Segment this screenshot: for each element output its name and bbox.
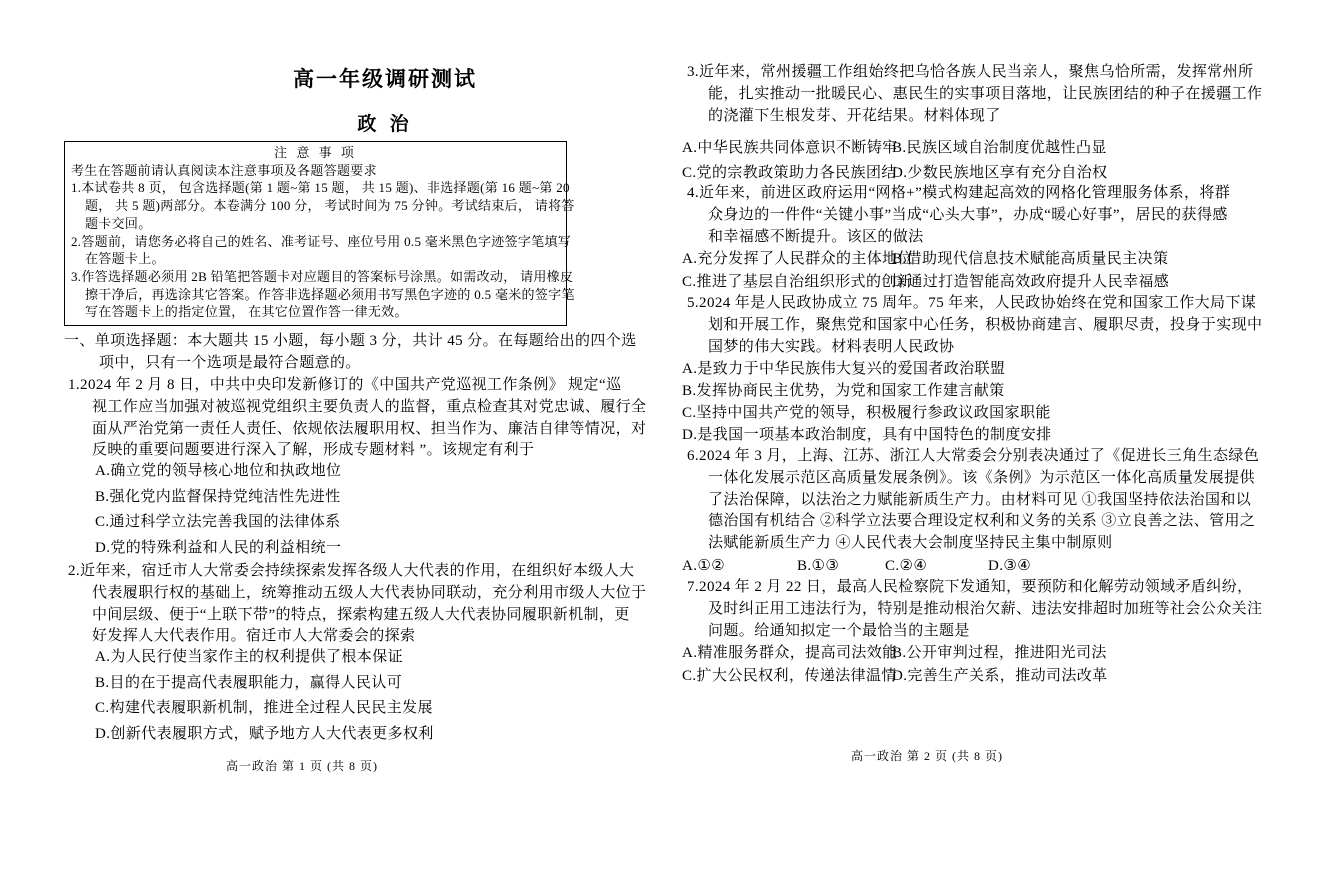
option-row: C.推进了基层自治组织形式的创新D.通过打造智能高效政府提升人民幸福感 [682,271,1266,294]
section-header-line: 一、单项选择题：本大题共 15 小题，每小题 3 分，共计 45 分。在每题给出… [64,331,660,353]
question-6-options: A.①②B.①③C.②④D.③④ [680,555,1266,578]
option-row: A.①②B.①③C.②④D.③④ [682,555,1266,578]
question-3-options: A.中华民族共同体意识不断铸牢B.民族区域自治制度优越性凸显C.党的宗教政策助力… [680,136,1266,186]
question-5-stem-line: 5.2024 年是人民政协成立 75 周年。75 年来，人民政协始终在党和国家工… [680,293,1266,315]
question-6-stem-line: 6.2024 年 3 月，上海、江苏、浙江人大常委会分别表决通过了《促进长三角生… [680,446,1266,468]
question-6-stem-line: 了法治保障，以法治之力赋能新质生产力。由材料可见 ①我国坚持依法治国和以 [680,490,1266,512]
question-7-options: A.精准服务群众，提高司法效能B.公开审判过程，推进阳光司法C.扩大公民权利，传… [680,642,1266,688]
question-1-stem-line: 面从严治党第一责任人责任、依规依法履职用权、担当作为、廉洁自律等情况，对 [64,419,660,441]
option-row: A.精准服务群众，提高司法效能B.公开审判过程，推进阳光司法 [682,642,1266,665]
option: D.是我国一项基本政治制度，具有中国特色的制度安排 [682,424,1266,446]
question-4-stem-line: 4.近年来，前进区政府运用“网格+”模式构建起高效的网格化管理服务体系，将群 [680,183,1266,205]
question-3-stem-line: 3.近年来，常州援疆工作组始终把乌恰各族人民当亲人，聚焦乌恰所需，发挥常州所 [680,62,1266,84]
notice-item-2-line: 在答题卡上。 [71,250,560,268]
page-title: 高一年级调研测试 [64,63,660,93]
option: D.③④ [988,558,1031,574]
question-3-stem-line: 能，扎实推动一批暖民心、惠民生的实事项目落地，让民族团结的种子在援疆工作 [680,84,1266,106]
notice-title: 注 意 事 项 [71,144,560,162]
question-2: 2.近年来，宿迁市人大常委会持续探索发挥各级人大代表的作用，在组织好本级人大代表… [64,561,660,748]
question-4: 4.近年来，前进区政府运用“网格+”模式构建起高效的网格化管理服务体系，将群众身… [680,183,1266,294]
section-header: 一、单项选择题：本大题共 15 小题，每小题 3 分，共计 45 分。在每题给出… [64,331,660,375]
exam-page-2: 3.近年来，常州援疆工作组始终把乌恰各族人民当亲人，聚焦乌恰所需，发挥常州所能，… [680,0,1266,877]
question-2-stem-line: 中间层级、便于“上联下带”的特点，探索构建五级人大代表协同履职新机制，更 [64,605,660,627]
option: B.借助现代信息技术赋能高质量民主决策 [892,251,1168,267]
notice-lines: 考生在答题前请认真阅读本注意事项及各题答题要求1.本试卷共 8 页， 包含选择题… [71,162,560,321]
option: C.通过科学立法完善我国的法律体系 [95,510,660,536]
option: D.党的特殊利益和人民的利益相统一 [95,536,660,562]
option: B.强化党内监督保持党纯洁性先进性 [95,485,660,511]
question-5-stem-line: 划和开展工作，聚焦党和国家中心任务，积极协商建言、履职尽责，投身于实现中 [680,315,1266,337]
question-2-stem-line: 代表履职行权的基础上，统筹推动五级人大代表协同联动，充分利用市级人大位于 [64,583,660,605]
question-6: 6.2024 年 3 月，上海、江苏、浙江人大常委会分别表决通过了《促进长三角生… [680,446,1266,578]
question-1-stem-line: 视工作应当加强对被巡视党组织主要负责人的监督，重点检查其对党忠诚、履行全 [64,397,660,419]
option: B.①③ [797,555,885,578]
section-header-line: 项中，只有一个选项是最符合题意的。 [64,353,660,375]
option: A.精准服务群众，提高司法效能 [682,642,892,665]
question-3: 3.近年来，常州援疆工作组始终把乌恰各族人民当亲人，聚焦乌恰所需，发挥常州所能，… [680,62,1266,186]
notice-item-1-line: 题卡交回。 [71,215,560,233]
exam-page-1: 高一年级调研测试 政 治 注 意 事 项 考生在答题前请认真阅读本注意事项及各题… [64,0,660,877]
question-1-stem-line: 1.2024 年 2 月 8 日，中共中央印发新修订的《中国共产党巡视工作条例》… [64,375,660,397]
question-6-stem-line: 德治国有机结合 ②科学立法要合理设定权利和义务的关系 ③立良善之法、管用之 [680,511,1266,533]
question-1-options: A.确立党的领导核心地位和执政地位B.强化党内监督保持党纯洁性先进性C.通过科学… [64,459,660,561]
question-4-stem-line: 众身边的一件件“关键小事”当成“心头大事”，办成“暖心好事”，居民的获得感 [680,205,1266,227]
notice-item-2-line: 2.答题前，请您务必将自己的姓名、准考证号、座位号用 0.5 毫米黑色字迹签字笔… [71,233,560,251]
question-2-stem-line: 2.近年来，宿迁市人大常委会持续探索发挥各级人大代表的作用，在组织好本级人大 [64,561,660,583]
question-5-stem-line: 国梦的伟大实践。材料表明人民政协 [680,337,1266,359]
question-3-stem-line: 的浇灌下生根发芽、开花结果。材料体现了 [680,106,1266,128]
question-7-stem-line: 问题。给通知拟定一个最恰当的主题是 [680,621,1266,643]
option: B.目的在于提高代表履职能力，赢得人民认可 [95,671,660,697]
question-6-stem-line: 法赋能新质生产力 ④人民代表大会制度坚持民主集中制原则 [680,533,1266,555]
option: A.充分发挥了人民群众的主体地位 [682,248,892,271]
option: C.推进了基层自治组织形式的创新 [682,271,892,294]
option: C.坚持中国共产党的领导，积极履行参政议政国家职能 [682,402,1266,424]
option: D.创新代表履职方式，赋予地方人大代表更多权利 [95,722,660,748]
notice-intro-line: 考生在答题前请认真阅读本注意事项及各题答题要求 [71,162,560,180]
option: C.扩大公民权利，传递法律温情 [682,665,892,688]
option: A.①② [682,555,797,578]
option: C.②④ [885,555,988,578]
option-row: A.中华民族共同体意识不断铸牢B.民族区域自治制度优越性凸显 [682,136,1266,161]
option: B.发挥协商民主优势，为党和国家工作建言献策 [682,380,1266,402]
option: D.通过打造智能高效政府提升人民幸福感 [892,274,1169,290]
question-5-options: A.是致力于中华民族伟大复兴的爱国者政治联盟B.发挥协商民主优势，为党和国家工作… [680,358,1266,446]
page2-footer: 高一政治 第 2 页 (共 8 页) [851,747,1003,764]
notice-box: 注 意 事 项 考生在答题前请认真阅读本注意事项及各题答题要求1.本试卷共 8 … [64,141,567,326]
option: D.完善生产关系，推动司法改革 [892,668,1108,684]
notice-item-3-line: 3.作答选择题必须用 2B 铅笔把答题卡对应题目的答案标号涂黑。如需改动， 请用… [71,268,560,286]
option: A.为人民行使当家作主的权利提供了根本保证 [95,645,660,671]
option: D.少数民族地区享有充分自治权 [892,165,1108,181]
question-4-stem-line: 和幸福感不断提升。该区的做法 [680,227,1266,249]
notice-item-1-line: 题， 共 5 题)两部分。本卷满分 100 分， 考试时间为 75 分钟。考试结… [71,197,560,215]
question-7-stem-line: 7.2024 年 2 月 22 日，最高人民检察院下发通知，要预防和化解劳动领域… [680,577,1266,599]
notice-item-3-line: 擦干净后，再选涂其它答案。作答非选择题必须用书写黑色字迹的 0.5 毫米的签字笔 [71,286,560,304]
notice-item-3-line: 写在答题卡上的指定位置， 在其它位置作答一律无效。 [71,303,560,321]
option: A.中华民族共同体意识不断铸牢 [682,136,892,161]
question-2-options: A.为人民行使当家作主的权利提供了根本保证B.目的在于提高代表履职能力，赢得人民… [64,645,660,747]
question-1: 1.2024 年 2 月 8 日，中共中央印发新修订的《中国共产党巡视工作条例》… [64,375,660,562]
question-4-options: A.充分发挥了人民群众的主体地位B.借助现代信息技术赋能高质量民主决策C.推进了… [680,248,1266,294]
page-subtitle: 政 治 [64,109,660,136]
notice-item-1-line: 1.本试卷共 8 页， 包含选择题(第 1 题~第 15 题， 共 15 题)、… [71,179,560,197]
question-7: 7.2024 年 2 月 22 日，最高人民检察院下发通知，要预防和化解劳动领域… [680,577,1266,688]
option: B.公开审判过程，推进阳光司法 [892,645,1107,661]
question-6-stem-line: 一体化发展示范区高质量发展条例》。该《条例》为示范区一体化高质量发展提供 [680,468,1266,490]
question-7-stem-line: 及时纠正用工违法行为，特别是推动根治欠薪、违法安排超时加班等社会公众关注 [680,599,1266,621]
option: A.确立党的领导核心地位和执政地位 [95,459,660,485]
option-row: A.充分发挥了人民群众的主体地位B.借助现代信息技术赋能高质量民主决策 [682,248,1266,271]
option-row: C.扩大公民权利，传递法律温情D.完善生产关系，推动司法改革 [682,665,1266,688]
page1-footer: 高一政治 第 1 页 (共 8 页) [226,757,378,774]
question-5: 5.2024 年是人民政协成立 75 周年。75 年来，人民政协始终在党和国家工… [680,293,1266,446]
option: C.构建代表履职新机制，推进全过程人民民主发展 [95,696,660,722]
option: B.民族区域自治制度优越性凸显 [892,140,1107,156]
option: A.是致力于中华民族伟大复兴的爱国者政治联盟 [682,358,1266,380]
